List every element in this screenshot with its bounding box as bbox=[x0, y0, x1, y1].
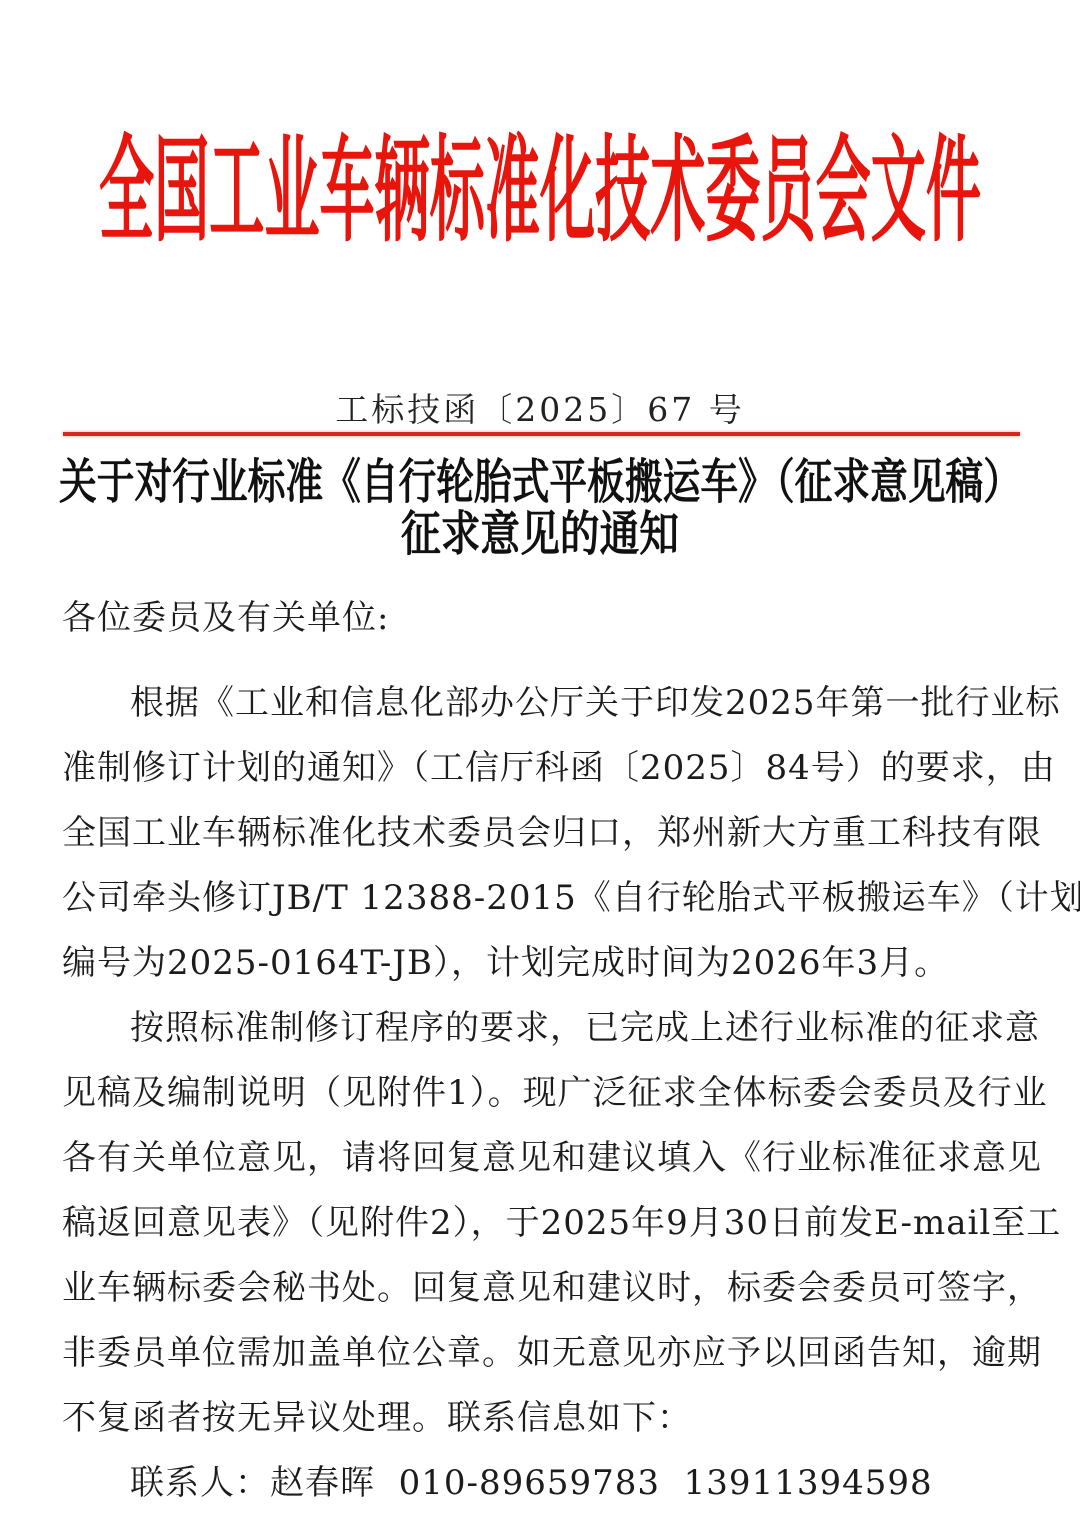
body-line: 根据《工业和信息化部办公厅关于印发2025年第一批行业标 bbox=[62, 667, 1020, 732]
body-line: 业车辆标委会秘书处。回复意见和建议时，标委会委员可签字， bbox=[62, 1252, 1020, 1317]
title-line-2: 征求意见的通知 bbox=[401, 506, 679, 562]
body-line: 公司牵头修订JB/T 12388-2015《自行轮胎式平板搬运车》（计划 bbox=[62, 862, 1020, 927]
document-page: 全国工业车辆标准化技术委员会文件 工标技函〔2025〕67 号 关于对行业标准《… bbox=[0, 0, 1080, 1517]
contact-line: 联系人：赵春晖 010-89659783 13911394598 bbox=[62, 1447, 1020, 1512]
document-letterhead: 全国工业车辆标准化技术委员会文件 bbox=[0, 108, 1080, 258]
body-lines: 各位委员及有关单位:根据《工业和信息化部办公厅关于印发2025年第一批行业标准制… bbox=[62, 582, 1020, 1512]
body-line: 非委员单位需加盖单位公章。如无意见亦应予以回函告知，逾期 bbox=[62, 1317, 1020, 1382]
body-line: 不复函者按无异议处理。联系信息如下： bbox=[62, 1382, 1020, 1447]
letterhead-title: 全国工业车辆标准化技术委员会文件 bbox=[99, 123, 981, 258]
body-line: 编号为2025-0164T-JB），计划完成时间为2026年3月。 bbox=[62, 927, 1020, 992]
body-line: 见稿及编制说明（见附件1）。现广泛征求全体标委会委员及行业 bbox=[62, 1057, 1020, 1122]
title-line-1: 关于对行业标准《自行轮胎式平板搬运车》（征求意见稿） bbox=[59, 454, 1021, 510]
body-line: 准制修订计划的通知》（工信厅科函〔2025〕84号）的要求，由 bbox=[62, 732, 1020, 797]
body-line: 各有关单位意见，请将回复意见和建议填入《行业标准征求意见 bbox=[62, 1122, 1020, 1187]
document-title: 关于对行业标准《自行轮胎式平板搬运车》（征求意见稿） 征求意见的通知 bbox=[0, 446, 1080, 568]
salutation: 各位委员及有关单位: bbox=[62, 582, 1020, 647]
red-divider-line bbox=[63, 432, 1020, 436]
body-line: 稿返回意见表》（见附件2），于2025年9月30日前发E-mail至工 bbox=[62, 1187, 1020, 1252]
body-line: 全国工业车辆标准化技术委员会归口，郑州新大方重工科技有限 bbox=[62, 797, 1020, 862]
doc-number: 工标技函〔2025〕67 号 bbox=[0, 384, 1080, 431]
body-line: 按照标准制修订程序的要求，已完成上述行业标准的征求意 bbox=[62, 992, 1020, 1057]
